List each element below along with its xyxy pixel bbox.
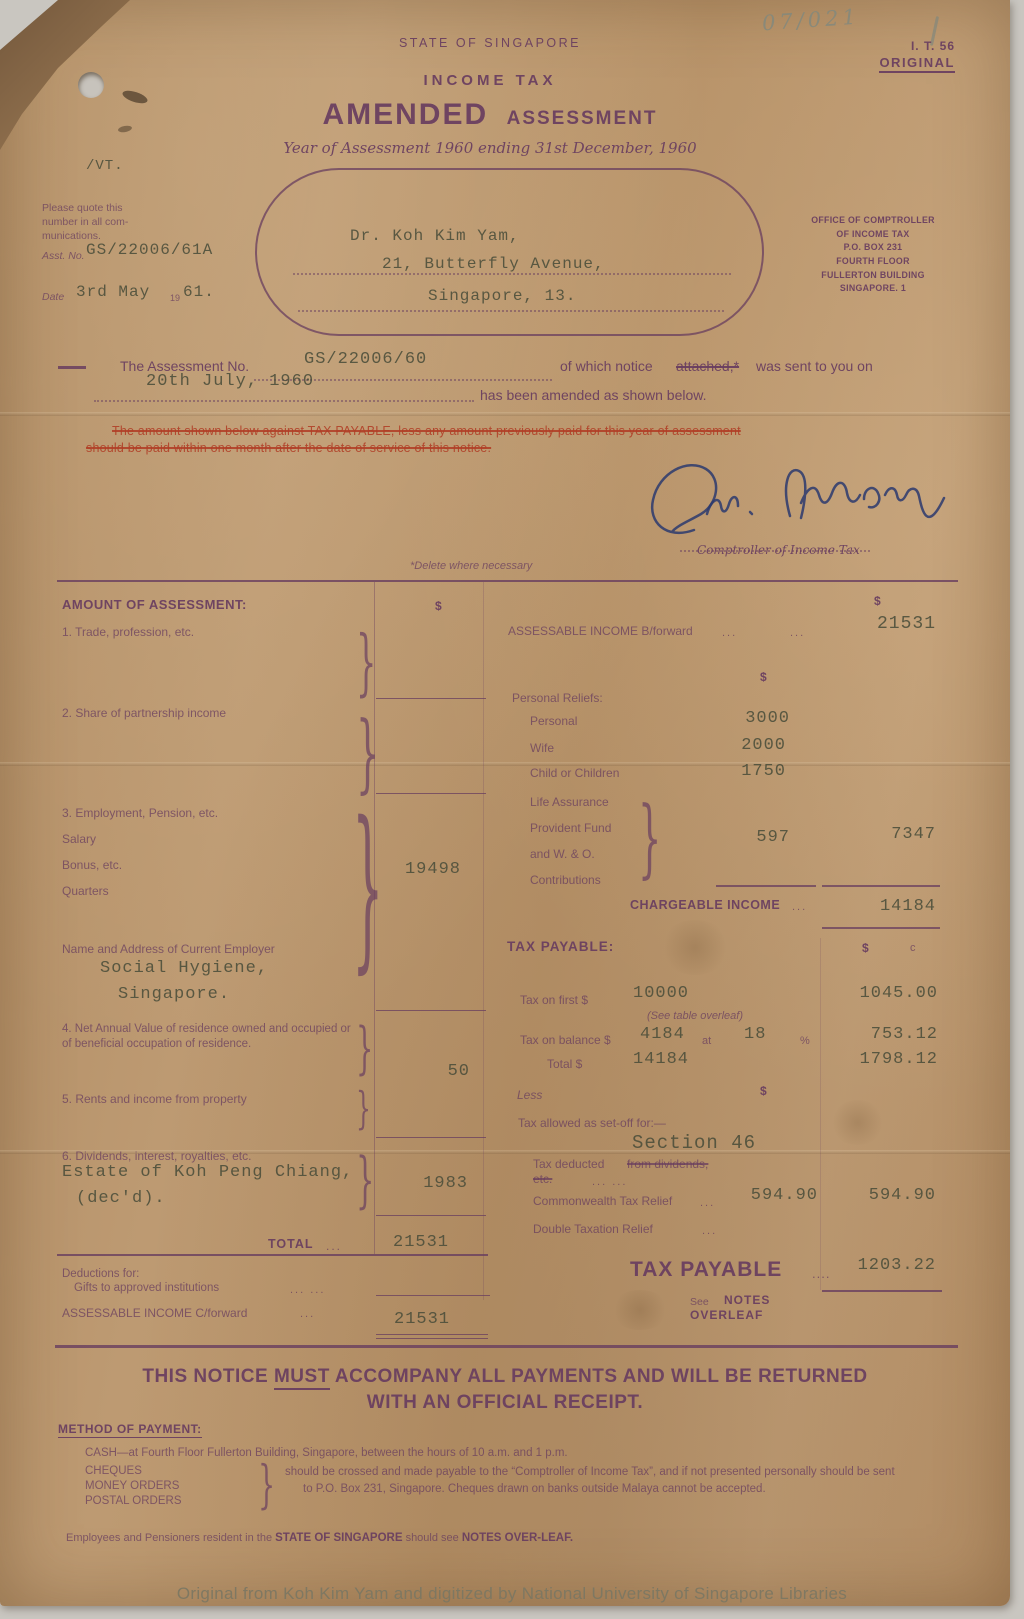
relief-wife-label: Wife — [530, 741, 554, 755]
notice-pre: THIS NOTICE — [142, 1366, 268, 1387]
asst-no-value: GS/22006/61A — [86, 241, 213, 259]
red-clause-line2: should be paid within one month after th… — [86, 441, 491, 455]
tax-deducted-label: Tax deducted — [533, 1157, 604, 1171]
amount-column-rule — [820, 938, 821, 1290]
state-title: STATE OF SINGAPORE — [340, 36, 640, 50]
commonwealth-relief-value2: 594.90 — [856, 1186, 936, 1205]
tax-first-amount: 10000 — [633, 984, 689, 1003]
amended-assessment-no: GS/22006/60 — [304, 350, 427, 369]
currency-header: $ — [874, 594, 881, 608]
item-bonus: Bonus, etc. — [62, 858, 122, 872]
cell-separator — [376, 1010, 486, 1011]
tax-balance-label: Tax on balance $ — [520, 1033, 611, 1047]
tax-first-value: 1045.00 — [846, 984, 938, 1003]
leader-dots: ... — [326, 1239, 342, 1253]
address-dotted-line — [298, 309, 724, 312]
payment-instrument-labels: CHEQUES MONEY ORDERS POSTAL ORDERS — [85, 1464, 182, 1509]
tax-balance-amount: 4184 — [640, 1025, 685, 1044]
assessment-heading: AMOUNT OF ASSESSMENT: — [62, 597, 247, 612]
brought-forward-label: ASSESSABLE INCOME B/forward — [508, 624, 693, 638]
tax-rate: 18 — [744, 1025, 766, 1044]
commonwealth-relief-label: Commonwealth Tax Relief — [533, 1194, 672, 1208]
leader-dots: ... ... — [290, 1284, 325, 1296]
life-assurance-value: 597 — [742, 828, 790, 847]
cheques-label: CHEQUES — [85, 1464, 182, 1479]
issuer-line: FOURTH FLOOR — [793, 255, 953, 269]
relief-personal-label: Personal — [530, 714, 577, 728]
item-trade: 1. Trade, profession, etc. — [62, 625, 194, 639]
money-orders-label: MONEY ORDERS — [85, 1479, 182, 1494]
reliefs-total-value: 7347 — [856, 825, 936, 844]
relief-life-line: and W. & O. — [530, 847, 595, 861]
item-rents: 5. Rents and income from property — [62, 1092, 247, 1106]
item-net-annual-value: 4. Net Annual Value of residence owned a… — [62, 1022, 354, 1052]
total-label: TOTAL — [268, 1237, 314, 1251]
notes-label: NOTES — [724, 1293, 770, 1307]
red-clause-line1: The amount shown below against TAX PAYAB… — [112, 424, 741, 438]
dollar-column-header: $ — [862, 941, 869, 955]
table-top-rule — [57, 580, 958, 582]
date-label: Date — [42, 291, 64, 303]
notice-sent-date: 20th July, 1960 — [146, 372, 314, 391]
tax-deducted-struck: from dividends, — [627, 1157, 708, 1171]
delete-note: *Delete where necessary — [410, 560, 532, 572]
half-divider-rule — [483, 582, 484, 1300]
tax-total-value: 1798.12 — [846, 1050, 938, 1069]
quote-note: Please quote this number in all com- mun… — [42, 201, 128, 244]
issuer-line: P.O. BOX 231 — [793, 241, 953, 255]
employment-value: 19498 — [398, 860, 468, 879]
leader-dots: ... — [722, 627, 737, 639]
carry-forward-value: 21531 — [394, 1310, 450, 1329]
issuer-address: OFFICE OF COMPTROLLER OF INCOME TAX P.O.… — [793, 214, 953, 296]
signature — [628, 450, 958, 550]
brace — [258, 1461, 275, 1512]
item-partnership: 2. Share of partnership income — [62, 706, 226, 720]
relief-wife-value: 2000 — [730, 736, 786, 755]
commonwealth-relief-value: 594.90 — [736, 1186, 818, 1205]
brace — [638, 795, 661, 880]
overleaf-label: OVERLEAF — [690, 1308, 763, 1322]
addressee-name: Dr. Koh Kim Yam, — [350, 227, 520, 245]
ink-smudge — [118, 125, 133, 133]
leader-dots: ... — [702, 1225, 717, 1237]
addressee-city: Singapore, 13. — [428, 287, 576, 305]
setoff-label: Tax allowed as set-off for:— — [518, 1116, 666, 1130]
handwritten-reference: 07/021 — [761, 5, 860, 36]
fold-crease — [0, 412, 1010, 416]
notice-post: ACCOMPANY ALL PAYMENTS AND WILL BE RETUR… — [335, 1366, 868, 1387]
date-year: 61. — [183, 283, 215, 301]
less-label: Less — [517, 1088, 542, 1102]
final-tax-payable-label: TAX PAYABLE — [630, 1258, 782, 1282]
cents-column-header: c — [910, 942, 916, 954]
double-taxation-label: Double Taxation Relief — [533, 1222, 653, 1236]
item-quarters: Quarters — [62, 884, 109, 898]
cheque-instruction-line1: should be crossed and made payable to th… — [285, 1466, 895, 1478]
cash-instruction: CASH—at Fourth Floor Fullerton Building,… — [85, 1447, 568, 1459]
cell-separator — [376, 1137, 486, 1138]
brace — [352, 800, 384, 976]
punch-hole — [78, 72, 104, 98]
item-employment: 3. Employment, Pension, etc. — [62, 806, 218, 820]
chargeable-income-value: 14184 — [856, 897, 936, 916]
double-rule — [376, 1334, 488, 1335]
brace — [356, 627, 376, 699]
notice-part3: was sent to you on — [756, 358, 873, 374]
brace — [356, 1020, 373, 1076]
employees-notes-ref: NOTES OVER-LEAF. — [462, 1532, 573, 1544]
currency-header: $ — [760, 1084, 767, 1098]
brace — [356, 710, 379, 795]
relief-child-value: 1750 — [730, 762, 786, 781]
relief-child-label: Child or Children — [530, 766, 619, 780]
tax-deducted-struck: etc. — [533, 1172, 552, 1186]
assessment-title: ASSESSMENT — [507, 108, 658, 129]
leader-dots: ... — [700, 1197, 715, 1209]
chargeable-income-label: CHARGEABLE INCOME — [630, 898, 780, 912]
deductions-label: Deductions for: — [62, 1268, 139, 1280]
date-19-prefix: 19 — [170, 293, 180, 303]
employer-city: Singapore. — [118, 985, 230, 1004]
margin-dash — [58, 366, 86, 369]
issuer-line: FULLERTON BUILDING — [793, 269, 953, 283]
stain-spot — [830, 1100, 885, 1145]
tax-total-label: Total $ — [547, 1057, 582, 1071]
section-rule — [55, 1345, 958, 1348]
method-of-payment-heading: METHOD OF PAYMENT: — [58, 1422, 202, 1438]
dividends-source-line1: Estate of Koh Peng Chiang, — [62, 1163, 353, 1182]
digitization-caption: Original from Koh Kim Yam and digitized … — [112, 1584, 912, 1604]
quote-note-line: number in all com- — [42, 215, 128, 229]
cell-separator — [376, 698, 486, 699]
relief-life-line: Contributions — [530, 873, 601, 887]
employees-pre: Employees and Pensioners resident in the — [66, 1532, 272, 1544]
dividends-value: 1983 — [420, 1174, 468, 1193]
total-rule — [57, 1254, 488, 1256]
tax-total-amount: 14184 — [633, 1050, 689, 1069]
setoff-section: Section 46 — [632, 1132, 756, 1154]
paper-sheet: 07/021 I. T. 56 ORIGINAL STATE OF SINGAP… — [0, 0, 1010, 1606]
tax-balance-value: 753.12 — [846, 1025, 938, 1044]
form-number: I. T. 56 — [845, 39, 955, 53]
see-table-note: (See table overleaf) — [647, 1010, 743, 1022]
final-tax-payable-value: 1203.22 — [850, 1256, 936, 1275]
notice-must: MUST — [274, 1366, 330, 1390]
cell-separator — [376, 1215, 486, 1216]
leader-dots: ... — [792, 901, 807, 913]
employer-label: Name and Address of Current Employer — [62, 942, 275, 956]
currency-header: $ — [760, 670, 767, 684]
leader-dots: .... — [812, 1266, 830, 1281]
cell-separator — [376, 1295, 490, 1296]
tax-first-label: Tax on first $ — [520, 993, 588, 1007]
dividends-source-line2: (dec'd). — [76, 1189, 166, 1208]
reliefs-heading: Personal Reliefs: — [512, 691, 603, 705]
leader-dots: ... — [790, 627, 805, 639]
cheque-instruction-line2: to P.O. Box 231, Singapore. Cheques draw… — [303, 1483, 766, 1495]
stain-spot — [610, 1290, 670, 1330]
cell-separator — [716, 885, 816, 887]
copy-label: ORIGINAL — [879, 55, 955, 73]
dotted-fill-line — [94, 399, 474, 402]
clerk-initials: /VT. — [86, 158, 124, 174]
income-tax-title: INCOME TAX — [340, 72, 640, 89]
cell-separator — [822, 927, 940, 929]
at-label: at — [702, 1035, 711, 1047]
relief-personal-value: 3000 — [734, 709, 790, 728]
amended-title: AMENDED — [322, 98, 488, 131]
notice-struck-word: attached,* — [676, 358, 739, 374]
items-4-5-value: 50 — [430, 1062, 470, 1081]
employees-note: Employees and Pensioners resident in the… — [66, 1532, 573, 1544]
year-of-assessment-line: Year of Assessment 1960 ending 31st Dece… — [240, 139, 740, 157]
gifts-label: Gifts to approved institutions — [74, 1282, 219, 1294]
quote-note-line: Please quote this — [42, 201, 128, 215]
brace — [356, 1088, 371, 1132]
relief-life-line: Provident Fund — [530, 821, 611, 835]
employees-mid: should see — [406, 1532, 459, 1544]
issuer-line: OFFICE OF COMPTROLLER — [793, 214, 953, 228]
double-rule — [376, 1338, 488, 1339]
leader-dots: ... — [300, 1308, 315, 1320]
brought-forward-value: 21531 — [856, 614, 936, 634]
item-dividends: 6. Dividends, interest, royalties, etc. — [62, 1149, 251, 1163]
issuer-line: SINGAPORE. 1 — [793, 282, 953, 296]
percent-sign: % — [800, 1035, 810, 1047]
date-value: 3rd May — [76, 283, 150, 301]
currency-header: $ — [435, 599, 442, 613]
address-dotted-line — [293, 272, 731, 275]
issuer-line: OF INCOME TAX — [793, 228, 953, 242]
employer-name: Social Hygiene, — [100, 959, 268, 978]
brace — [356, 1150, 374, 1211]
fold-crease — [0, 762, 1010, 766]
notice-part2: of which notice — [560, 358, 653, 374]
asst-no-label: Asst. No. — [42, 250, 85, 262]
see-label: See — [690, 1296, 709, 1308]
item-salary: Salary — [62, 832, 96, 846]
final-rule — [822, 1290, 942, 1292]
tax-payable-heading: TAX PAYABLE: — [507, 939, 614, 954]
total-value: 21531 — [393, 1233, 449, 1252]
notice-part4: has been amended as shown below. — [480, 387, 707, 403]
scanned-tax-form: 07/021 I. T. 56 ORIGINAL STATE OF SINGAP… — [0, 0, 1024, 1619]
ink-smudge — [121, 88, 149, 106]
postal-orders-label: POSTAL ORDERS — [85, 1494, 182, 1509]
employees-state: STATE OF SINGAPORE — [275, 1532, 402, 1544]
payment-notice-line1: THIS NOTICE MUST ACCOMPANY ALL PAYMENTS … — [40, 1366, 970, 1388]
cell-separator — [376, 793, 486, 794]
addressee-street: 21, Butterfly Avenue, — [382, 255, 605, 273]
signatory-title: Comptroller of Income Tax — [697, 543, 860, 557]
payment-notice-line2: WITH AN OFFICIAL RECEIPT. — [40, 1392, 970, 1414]
leader-dots: ... ... — [592, 1176, 627, 1188]
cell-separator — [822, 885, 940, 887]
carry-forward-label: ASSESSABLE INCOME C/forward — [62, 1306, 247, 1320]
stain-spot — [660, 920, 730, 975]
relief-life-line: Life Assurance — [530, 795, 609, 809]
